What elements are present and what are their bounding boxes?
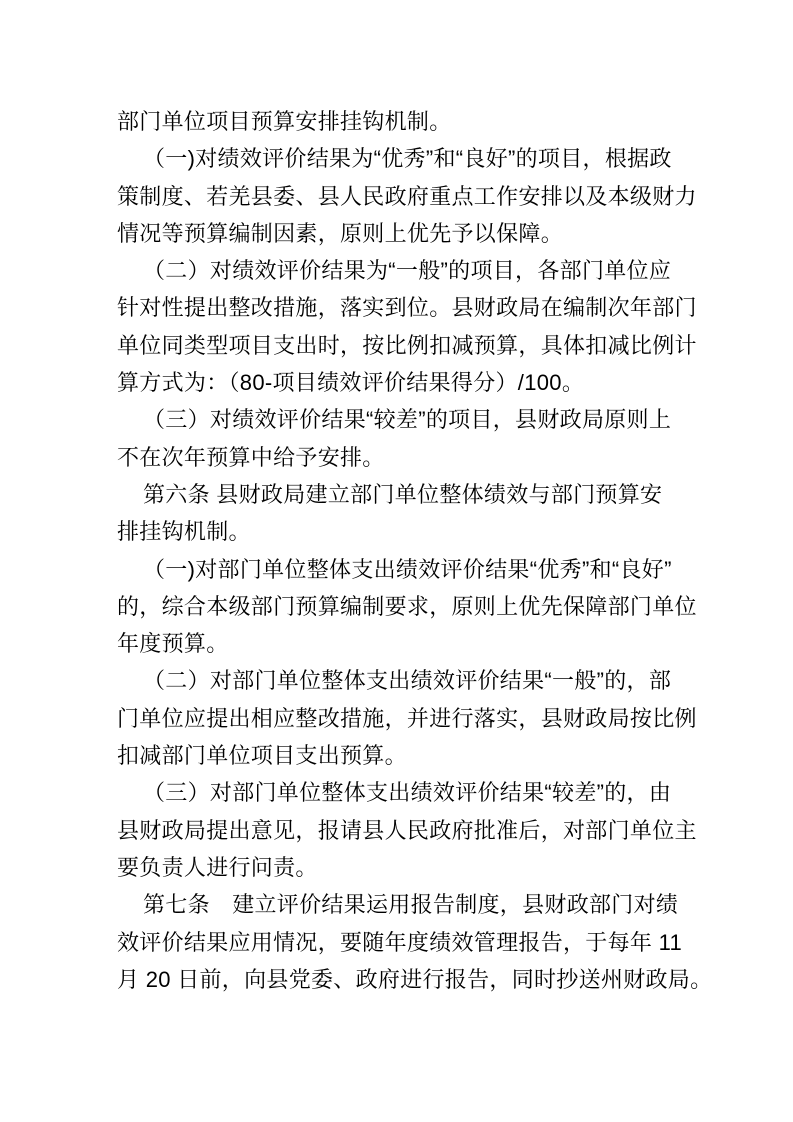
text-line-13: （一)对部门单位整体支出绩效评价结果“优秀”和“良好” xyxy=(117,551,677,588)
text-line-2: （一)对绩效评价结果为“优秀”和“良好”的项目，根据政 xyxy=(117,140,677,177)
text-line-6: 针对性提出整改措施，落实到位。县财政局在编制次年部门 xyxy=(117,289,677,326)
text-line-15: 年度预算。 xyxy=(117,625,677,662)
text-line-7: 单位同类型项目支出时，按比例扣减预算，具体扣减比例计 xyxy=(117,327,677,364)
text-line-9: （三）对绩效评价结果“较差”的项目，县财政局原则上 xyxy=(117,401,677,438)
text-line-18: 扣减部门单位项目支出预算。 xyxy=(117,737,677,774)
text-line-5: （二）对绩效评价结果为“一般”的项目，各部门单位应 xyxy=(117,252,677,289)
text-line-10: 不在次年预算中给予安排。 xyxy=(117,439,677,476)
text-line-22: 第七条 建立评价结果运用报告制度，县财政部门对绩 xyxy=(117,886,677,923)
text-line-23: 效评价结果应用情况，要随年度绩效管理报告，于每年 11 xyxy=(117,924,677,961)
text-line-4: 情况等预算编制因素，原则上优先予以保障。 xyxy=(117,215,677,252)
text-line-20: 县财政局提出意见，报请县人民政府批准后，对部门单位主 xyxy=(117,812,677,849)
text-line-24: 月 20 日前，向县党委、政府进行报告，同时抄送州财政局。 xyxy=(117,961,677,998)
text-line-19: （三）对部门单位整体支出绩效评价结果“较差”的，由 xyxy=(117,774,677,811)
text-line-8: 算方式为：（80-项目绩效评价结果得分）/100。 xyxy=(117,364,677,401)
text-line-1: 部门单位项目预算安排挂钩机制。 xyxy=(117,103,677,140)
text-line-17: 门单位应提出相应整改措施，并进行落实，县财政局按比例 xyxy=(117,700,677,737)
document-page: 部门单位项目预算安排挂钩机制。（一)对绩效评价结果为“优秀”和“良好”的项目，根… xyxy=(0,0,793,1122)
body-text: 部门单位项目预算安排挂钩机制。（一)对绩效评价结果为“优秀”和“良好”的项目，根… xyxy=(117,103,677,998)
text-line-11: 第六条 县财政局建立部门单位整体绩效与部门预算安 xyxy=(117,476,677,513)
text-line-14: 的，综合本级部门预算编制要求，原则上优先保障部门单位 xyxy=(117,588,677,625)
text-line-16: （二）对部门单位整体支出绩效评价结果“一般”的，部 xyxy=(117,662,677,699)
text-line-3: 策制度、若羌县委、县人民政府重点工作安排以及本级财力 xyxy=(117,178,677,215)
text-line-12: 排挂钩机制。 xyxy=(117,513,677,550)
text-line-21: 要负责人进行问责。 xyxy=(117,849,677,886)
